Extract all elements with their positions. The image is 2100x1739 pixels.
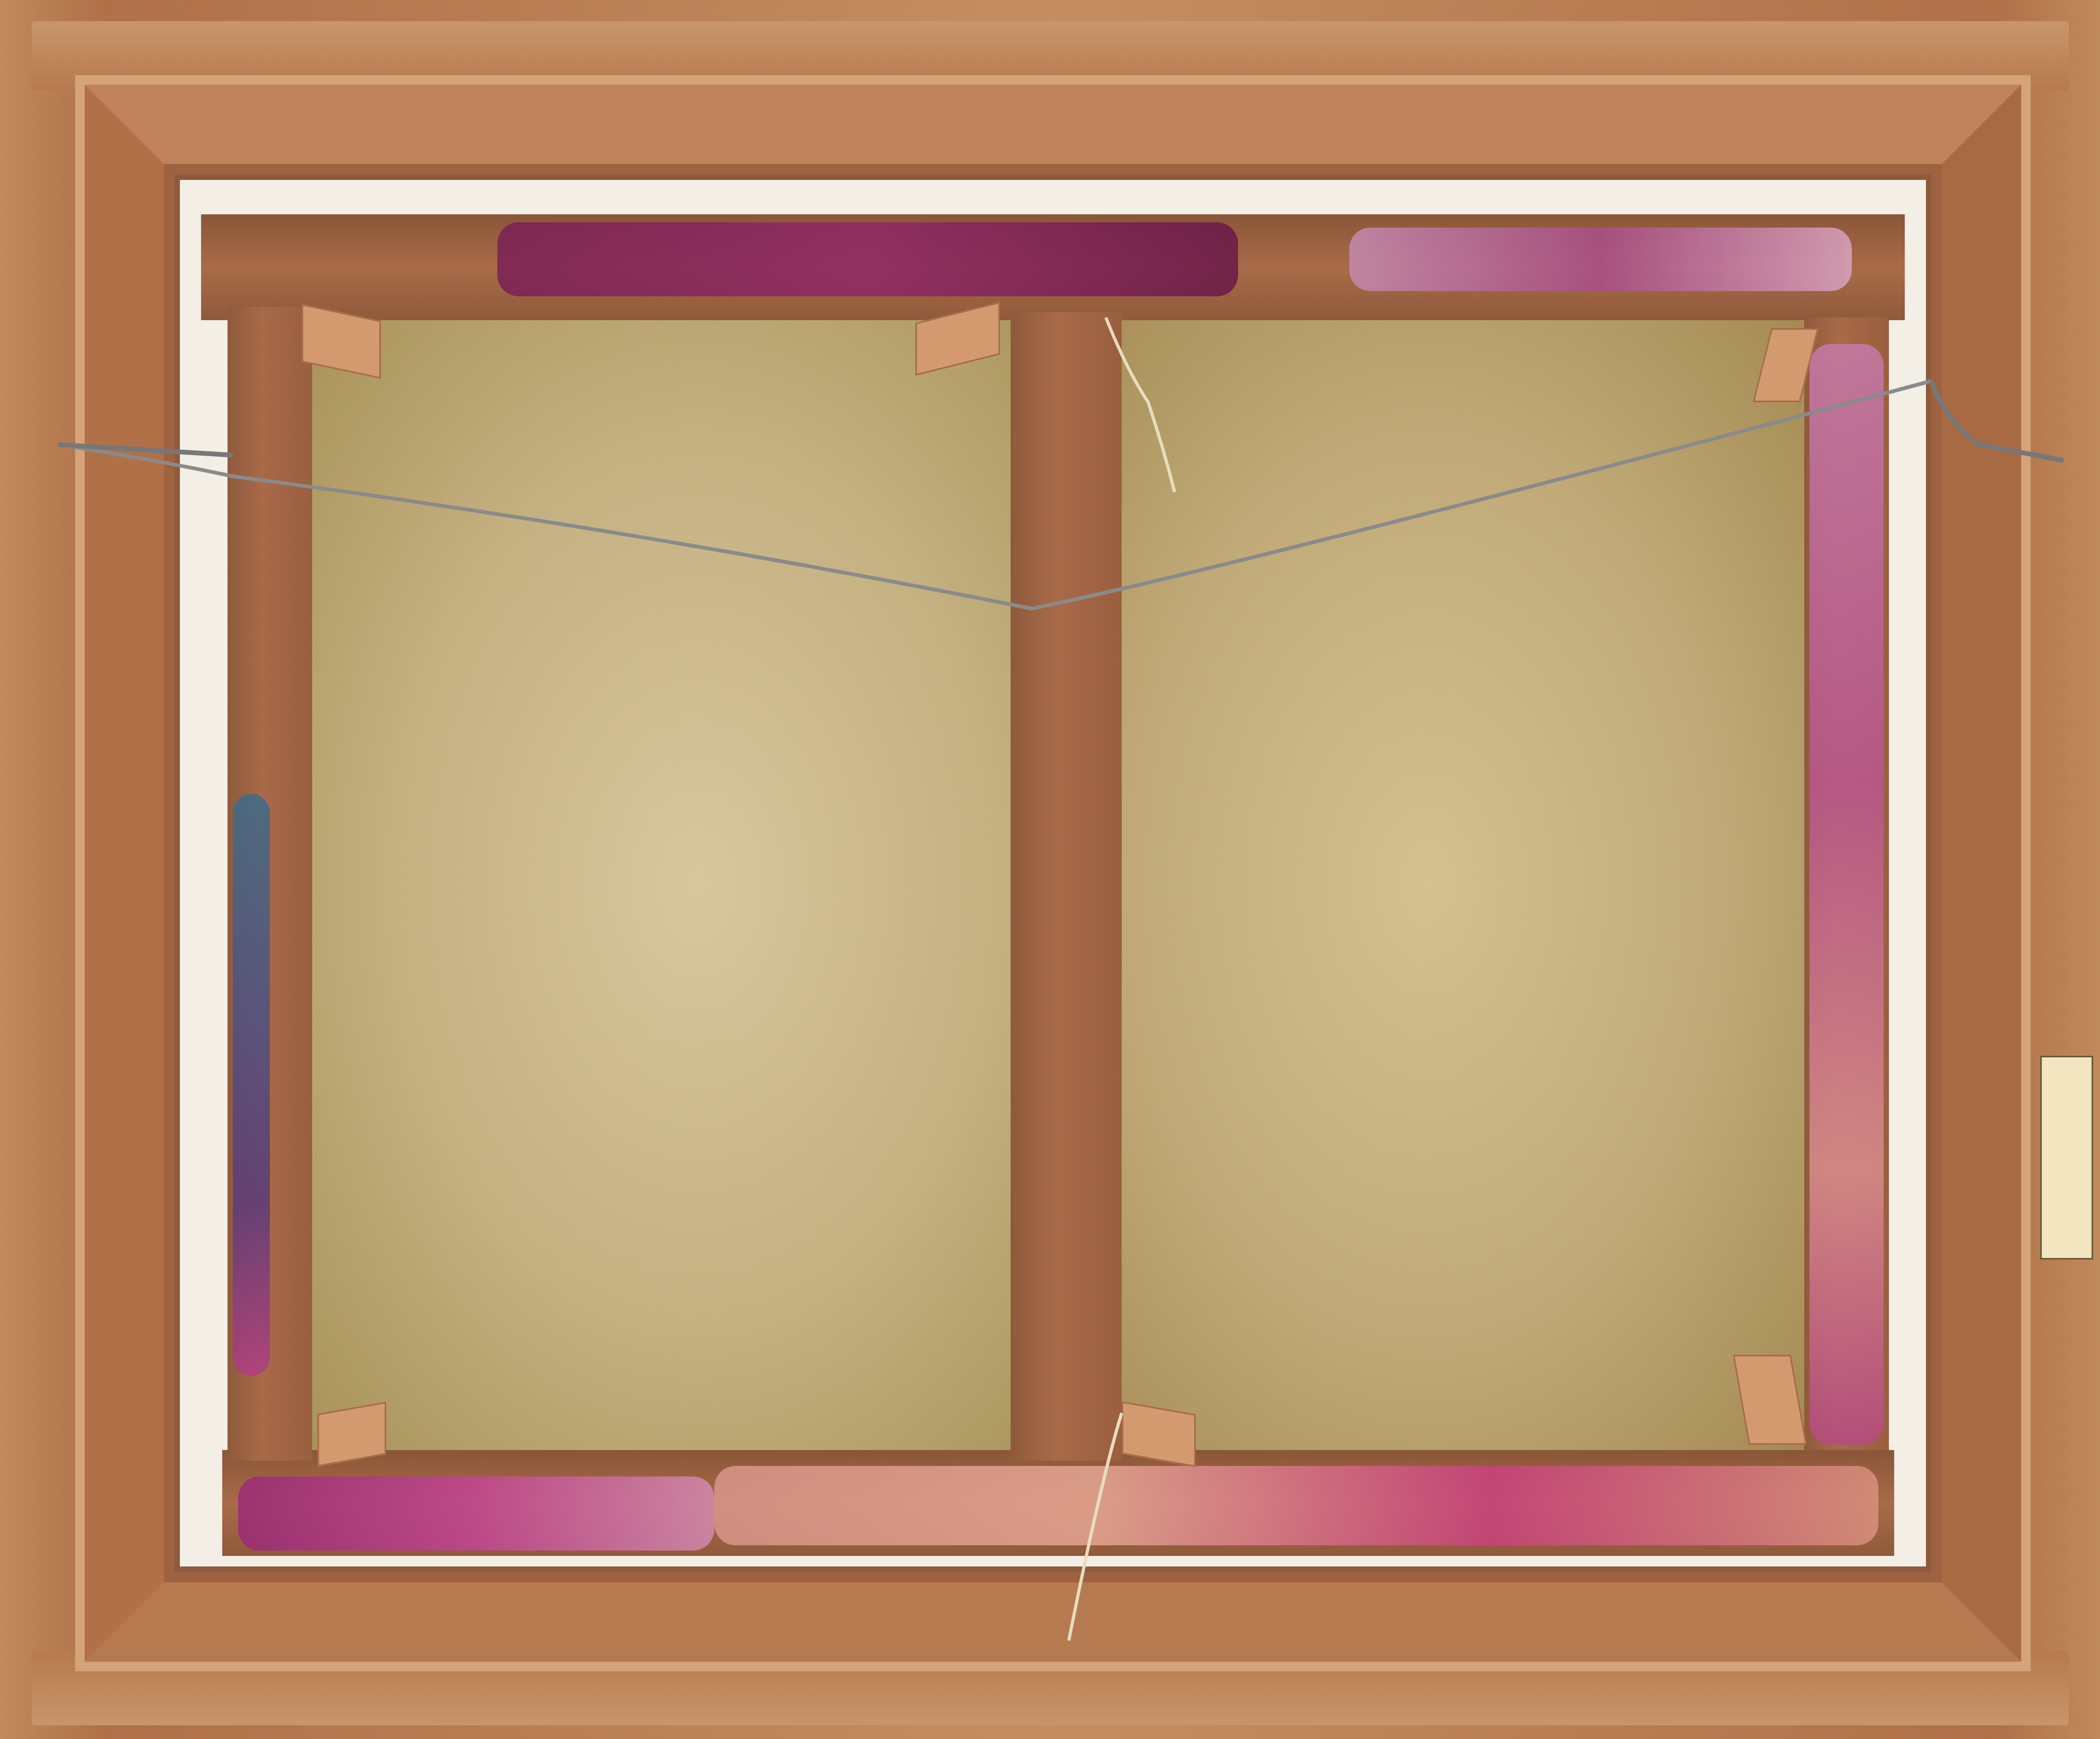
frame-label [2040, 1056, 2093, 1260]
hanging-wire [0, 0, 2100, 1739]
